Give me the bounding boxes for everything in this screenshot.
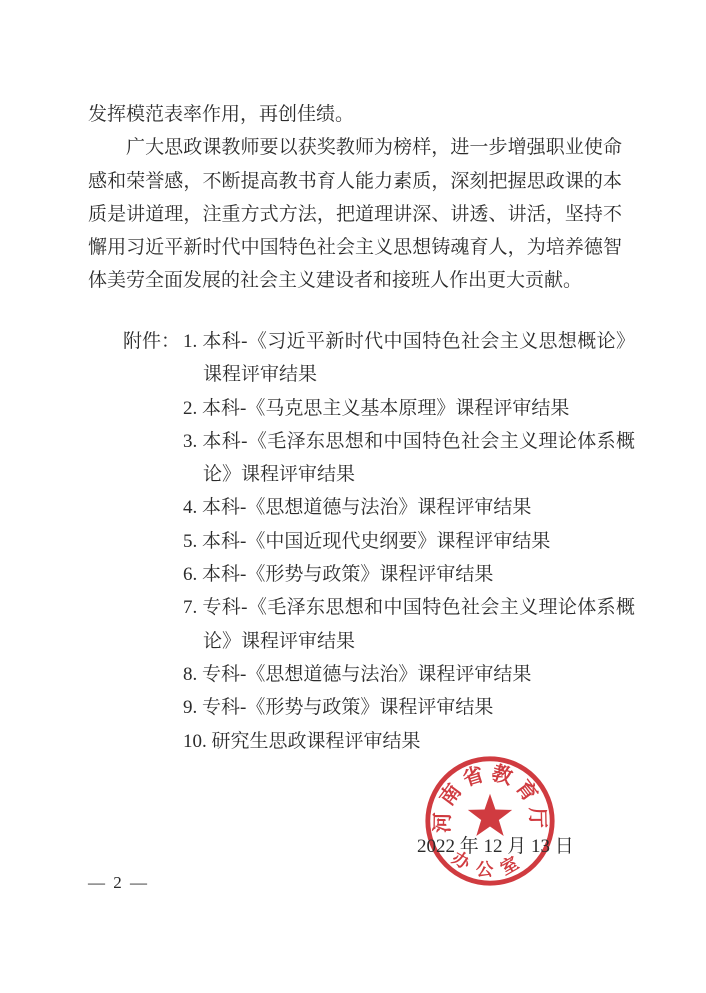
official-seal: 河南省教育厅 办公室 (422, 753, 558, 889)
issue-date: 2022 年 12 月 13 日 (417, 835, 574, 859)
attachment-item: 10. 研究生思政课程评审结果 (183, 725, 635, 758)
seal-star-icon (468, 794, 512, 836)
document-page: 发挥模范表率作用，再创佳绩。 广大思政课教师要以获奖教师为榜样，进一步增强职业使… (0, 0, 706, 993)
attachment-item: 5. 本科-《中国近现代史纲要》课程评审结果 (183, 525, 635, 558)
paragraph-continuation: 发挥模范表率作用，再创佳绩。 (88, 98, 622, 131)
attachment-item: 3. 本科-《毛泽东思想和中国特色社会主义理论体系概论》课程评审结果 (183, 425, 635, 492)
attachment-label: 附件： (123, 325, 180, 358)
attachment-item: 6. 本科-《形势与政策》课程评审结果 (183, 558, 635, 591)
body-text-block: 发挥模范表率作用，再创佳绩。 广大思政课教师要以获奖教师为榜样，进一步增强职业使… (88, 98, 622, 298)
attachment-item: 9. 专科-《形势与政策》课程评审结果 (183, 691, 635, 724)
attachment-item: 1. 本科-《习近平新时代中国特色社会主义思想概论》课程评审结果 (183, 325, 635, 392)
attachment-item: 4. 本科-《思想道德与法治》课程评审结果 (183, 491, 635, 524)
page-number: — 2 — (88, 873, 149, 893)
attachment-section: 附件： 1. 本科-《习近平新时代中国特色社会主义思想概论》课程评审结果2. 本… (123, 325, 643, 758)
attachment-list: 1. 本科-《习近平新时代中国特色社会主义思想概论》课程评审结果2. 本科-《马… (183, 325, 635, 758)
attachment-item: 2. 本科-《马克思主义基本原理》课程评审结果 (183, 392, 635, 425)
paragraph-main: 广大思政课教师要以获奖教师为榜样，进一步增强职业使命感和荣誉感，不断提高教书育人… (88, 131, 622, 297)
attachment-item: 7. 专科-《毛泽东思想和中国特色社会主义理论体系概论》课程评审结果 (183, 591, 635, 658)
attachment-item: 8. 专科-《思想道德与法治》课程评审结果 (183, 658, 635, 691)
seal-graphic: 河南省教育厅 办公室 (422, 753, 558, 889)
